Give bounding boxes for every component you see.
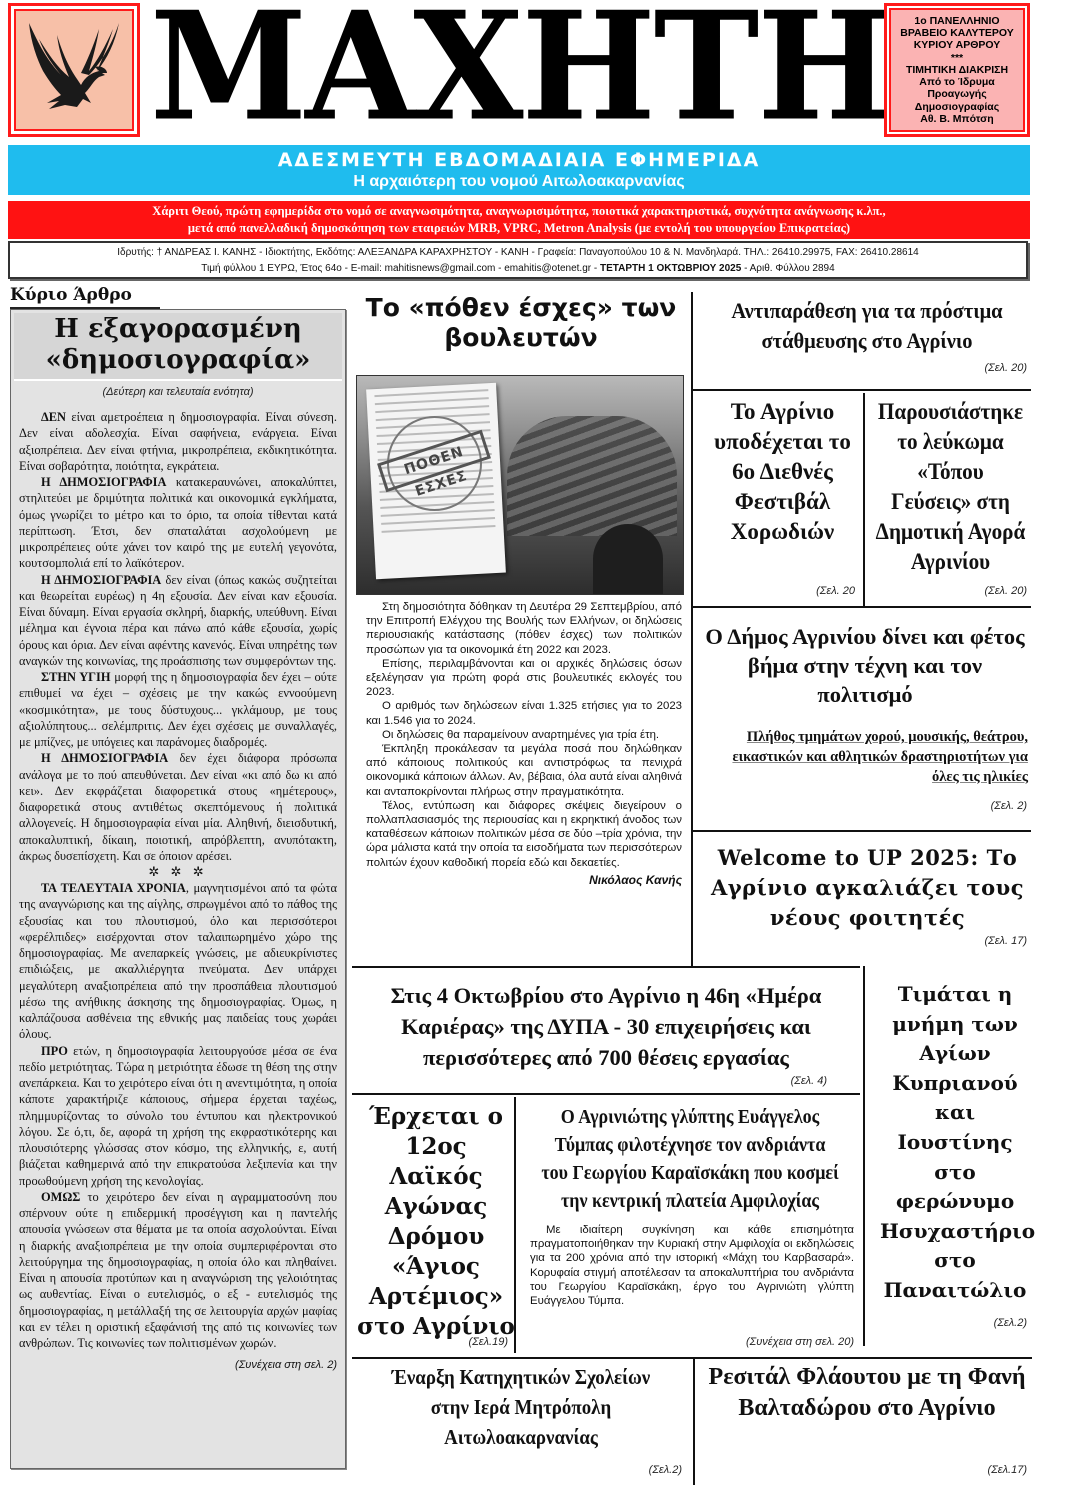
divider xyxy=(693,830,1031,832)
page-ref: (Σελ. 20) xyxy=(702,362,1027,374)
page-ref: (Σελ. 4) xyxy=(356,1075,827,1087)
column-divider xyxy=(691,292,693,968)
award-line: Προαγωγής xyxy=(927,88,986,100)
page-ref: (Σελ.19) xyxy=(356,1336,508,1348)
headline-album-presentation[interactable]: Παρουσιάστηκε το λεύκωμα «Τόπου Γεύσεις»… xyxy=(875,397,1027,577)
parliament-photo: ΠΟΘΕΝ ΕΣΧΕΣ xyxy=(356,375,684,595)
award-line: Από το Ίδρυμα xyxy=(919,76,995,88)
headline-sculptor[interactable]: Ο Αγρινιώτης γλύπτης Ευάγγελος Τύμπας φι… xyxy=(541,1103,840,1215)
issue-line: Τιμή φύλλου 1 ΕΥΡΩ, Έτος 64ο - E-mail: m… xyxy=(10,261,1026,277)
award-line: *** xyxy=(951,52,963,64)
headline-career-day[interactable]: Στις 4 Οκτωβρίου στο Αγρίνιο η 46η «Ημέρ… xyxy=(356,980,856,1073)
logo xyxy=(8,3,140,137)
parliament-seats xyxy=(507,416,677,536)
headline-welcome-up[interactable]: Welcome to UP 2025: Το Αγρίνιο αγκαλιάζε… xyxy=(700,843,1035,933)
section-label: Κύριο Άρθρο xyxy=(10,283,160,309)
separator-stars: ✲ ✲ ✲ xyxy=(19,864,337,880)
paragraph: ΟΜΩΣ το χειρότερο δεν είναι η αγραμματοσ… xyxy=(19,1189,337,1352)
issue-date: ΤΕΤΑΡΤΗ 1 ΟΚΤΩΒΡΙΟΥ 2025 xyxy=(600,263,741,274)
sculptor-article-body: Με ιδιαίτερη συγκίνηση και κάθε επισημότ… xyxy=(530,1223,854,1308)
paragraph: Με ιδιαίτερη συγκίνηση και κάθε επισημότ… xyxy=(530,1223,854,1308)
award-line: 1ο ΠΑΝΕΛΛΗΝΙΟ xyxy=(914,15,999,27)
page-ref: (Σελ. 20 xyxy=(700,585,855,597)
publisher-line: Ιδρυτής: † ΑΝΔΡΕΑΣ Ι. ΚΑΝΗΣ - Ιδιοκτήτης… xyxy=(10,245,1026,261)
author-signature: Νικόλαος Κανής xyxy=(366,870,682,887)
headline-flute-recital[interactable]: Ρεσιτάλ Φλάουτου με τη Φανή Βαλταδώρου σ… xyxy=(702,1362,1032,1424)
page-ref: (Σελ.2) xyxy=(880,1317,1027,1329)
divider xyxy=(352,1093,860,1095)
headline-municipality-culture[interactable]: Ο Δήμος Αγρινίου δίνει και φέτος βήμα στ… xyxy=(705,622,1025,709)
paragraph: Οι δηλώσεις θα παραμείνουν αναρτημένες γ… xyxy=(366,728,682,742)
page-ref: (Σελ.2) xyxy=(356,1464,682,1476)
divider xyxy=(693,389,1031,391)
tagline: ΑΔΕΣΜΕΥΤΗ ΕΒΔΟΜΑΔΙΑΙΑ ΕΦΗΜΕΡΙΔΑ xyxy=(8,145,1030,172)
paragraph: ΤΑ ΤΕΛΕΥΤΑΙΑ ΧΡΟΝΙΑ, μαγνητισμένοι από τ… xyxy=(19,880,337,1043)
continuation-link[interactable]: (Συνέχεια στη σελ. 2) xyxy=(19,1351,337,1373)
paragraph: Επίσης, περιλαμβάνονται και οι αρχικές δ… xyxy=(366,657,682,700)
editorial-box: Η εξαγορασμένη «δημοσιογραφία» (Δεύτερη … xyxy=(10,309,346,1469)
paragraph: ΣΤΗΝ ΥΓΙΗ μορφή της η δημοσιογραφία δεν … xyxy=(19,669,337,750)
article-body: Στη δημοσιότητα δόθηκαν τη Δευτέρα 29 Σε… xyxy=(366,600,682,887)
headline-pothen-esxes[interactable]: Το «πόθεν έσχες» των βουλευτών xyxy=(352,293,690,353)
subheadline-culture: Πλήθος τμημάτων χορού, μουσικής, θεάτρου… xyxy=(722,727,1028,787)
page-ref: (Σελ. 20) xyxy=(868,585,1027,597)
headline-catechism[interactable]: Έναρξη Κατηχητικών Σχολείων στην Ιερά Μη… xyxy=(373,1362,670,1452)
paragraph: Τέλος, εντύπωση και διάφορες σκέψεις διε… xyxy=(366,799,682,870)
readership-line-2: μετά από πανελλαδική δημοσκόπηση των ετα… xyxy=(8,220,1030,237)
award-line: ΒΡΑΒΕΙΟ ΚΑΛΥΤΕΡΟΥ xyxy=(900,27,1014,39)
headline-road-race[interactable]: Έρχεται ο 12ος Λαϊκός Αγώνας Δρόμου «Άγι… xyxy=(356,1102,516,1342)
column-divider xyxy=(863,966,865,1346)
divider xyxy=(352,1357,1032,1359)
column-divider xyxy=(693,1359,695,1485)
divider xyxy=(693,606,1031,608)
tagline-band: ΑΔΕΣΜΕΥΤΗ ΕΒΔΟΜΑΔΙΑΙΑ ΕΦΗΜΕΡΙΔΑ Η αρχαιό… xyxy=(8,145,1030,195)
headline-choir-festival[interactable]: Το Αγρίνιο υποδέχεται το 6ο Διεθνές Φεστ… xyxy=(700,397,865,547)
publisher-info: Ιδρυτής: † ΑΝΔΡΕΑΣ Ι. ΚΑΝΗΣ - Ιδιοκτήτης… xyxy=(8,241,1028,279)
headline-saints-memory[interactable]: Τιμάται η μνήμη των Αγίων Κυπριανού και … xyxy=(880,980,1030,1306)
price-email: Τιμή φύλλου 1 ΕΥΡΩ, Έτος 64ο - E-mail: m… xyxy=(201,263,600,274)
paragraph: Στη δημοσιότητα δόθηκαν τη Δευτέρα 29 Σε… xyxy=(366,600,682,657)
eagle-icon xyxy=(19,15,129,125)
newspaper-title: ΜΑΧΗΤΗΣ xyxy=(150,0,870,146)
award-line: Δημοσιογραφίας xyxy=(915,101,999,113)
continuation-link[interactable]: (Συνέχεια στη σελ. 20) xyxy=(524,1336,854,1348)
editorial-subtitle: (Δεύτερη και τελευταία ενότητα) xyxy=(11,381,345,403)
paragraph: Ο αριθμός των δηλώσεων είναι 1.325 ετήσι… xyxy=(366,699,682,727)
readership-line-1: Χάριτι Θεού, πρώτη εφημερίδα στο νομό σε… xyxy=(8,203,1030,220)
paragraph: Η ΔΗΜΟΣΙΟΓΡΑΦΙΑ δεν είναι (όπως κακώς συ… xyxy=(19,572,337,670)
headline-parking-fines[interactable]: Αντιπαράθεση για τα πρόστιμα στάθμευσης … xyxy=(714,296,1021,356)
paragraph: ΠΡΟ ετών, η δημοσιογραφία λειτουργούσε μ… xyxy=(19,1043,337,1189)
award-line: ΚΥΡΙΟΥ ΑΡΘΡΟΥ xyxy=(914,39,1001,51)
subtagline: Η αρχαιότερη του νομού Αιτωλοακαρνανίας xyxy=(8,172,1030,192)
issue-number: - Αριθ. Φύλλου 2894 xyxy=(741,263,834,274)
readership-band: Χάριτι Θεού, πρώτη εφημερίδα στο νομό σε… xyxy=(8,201,1030,239)
divider xyxy=(352,966,860,968)
editorial-body: ΔΕΝ είναι αμετροέπεια η δημοσιογραφία. Ε… xyxy=(11,403,345,1374)
award-line: Αθ. Β. Μπότση xyxy=(920,113,993,125)
page-ref: (Σελ. 2) xyxy=(705,800,1027,812)
paragraph: Η ΔΗΜΟΣΙΟΓΡΑΦΙΑ κατακεραυνώνει, αποκαλύπ… xyxy=(19,474,337,572)
page-ref: (Σελ. 17) xyxy=(700,935,1027,947)
page-ref: (Σελ.17) xyxy=(702,1464,1027,1476)
paragraph: ΔΕΝ είναι αμετροέπεια η δημοσιογραφία. Ε… xyxy=(19,409,337,474)
paragraph: Έκπληξη προκάλεσαν τα μεγάλα ποσά που δη… xyxy=(366,742,682,799)
editorial-title: Η εξαγορασμένη «δημοσιογραφία» xyxy=(14,313,342,381)
award-line: ΤΙΜΗΤΙΚΗ ΔΙΑΚΡΙΣΗ xyxy=(906,64,1008,76)
photographer-silhouette xyxy=(593,524,663,595)
award-box: 1ο ΠΑΝΕΛΛΗΝΙΟ ΒΡΑΒΕΙΟ ΚΑΛΥΤΕΡΟΥ ΚΥΡΙΟΥ Α… xyxy=(884,3,1030,137)
paragraph: Η ΔΗΜΟΣΙΟΓΡΑΦΙΑ δεν έχει διάφορα πρόσωπα… xyxy=(19,750,337,864)
